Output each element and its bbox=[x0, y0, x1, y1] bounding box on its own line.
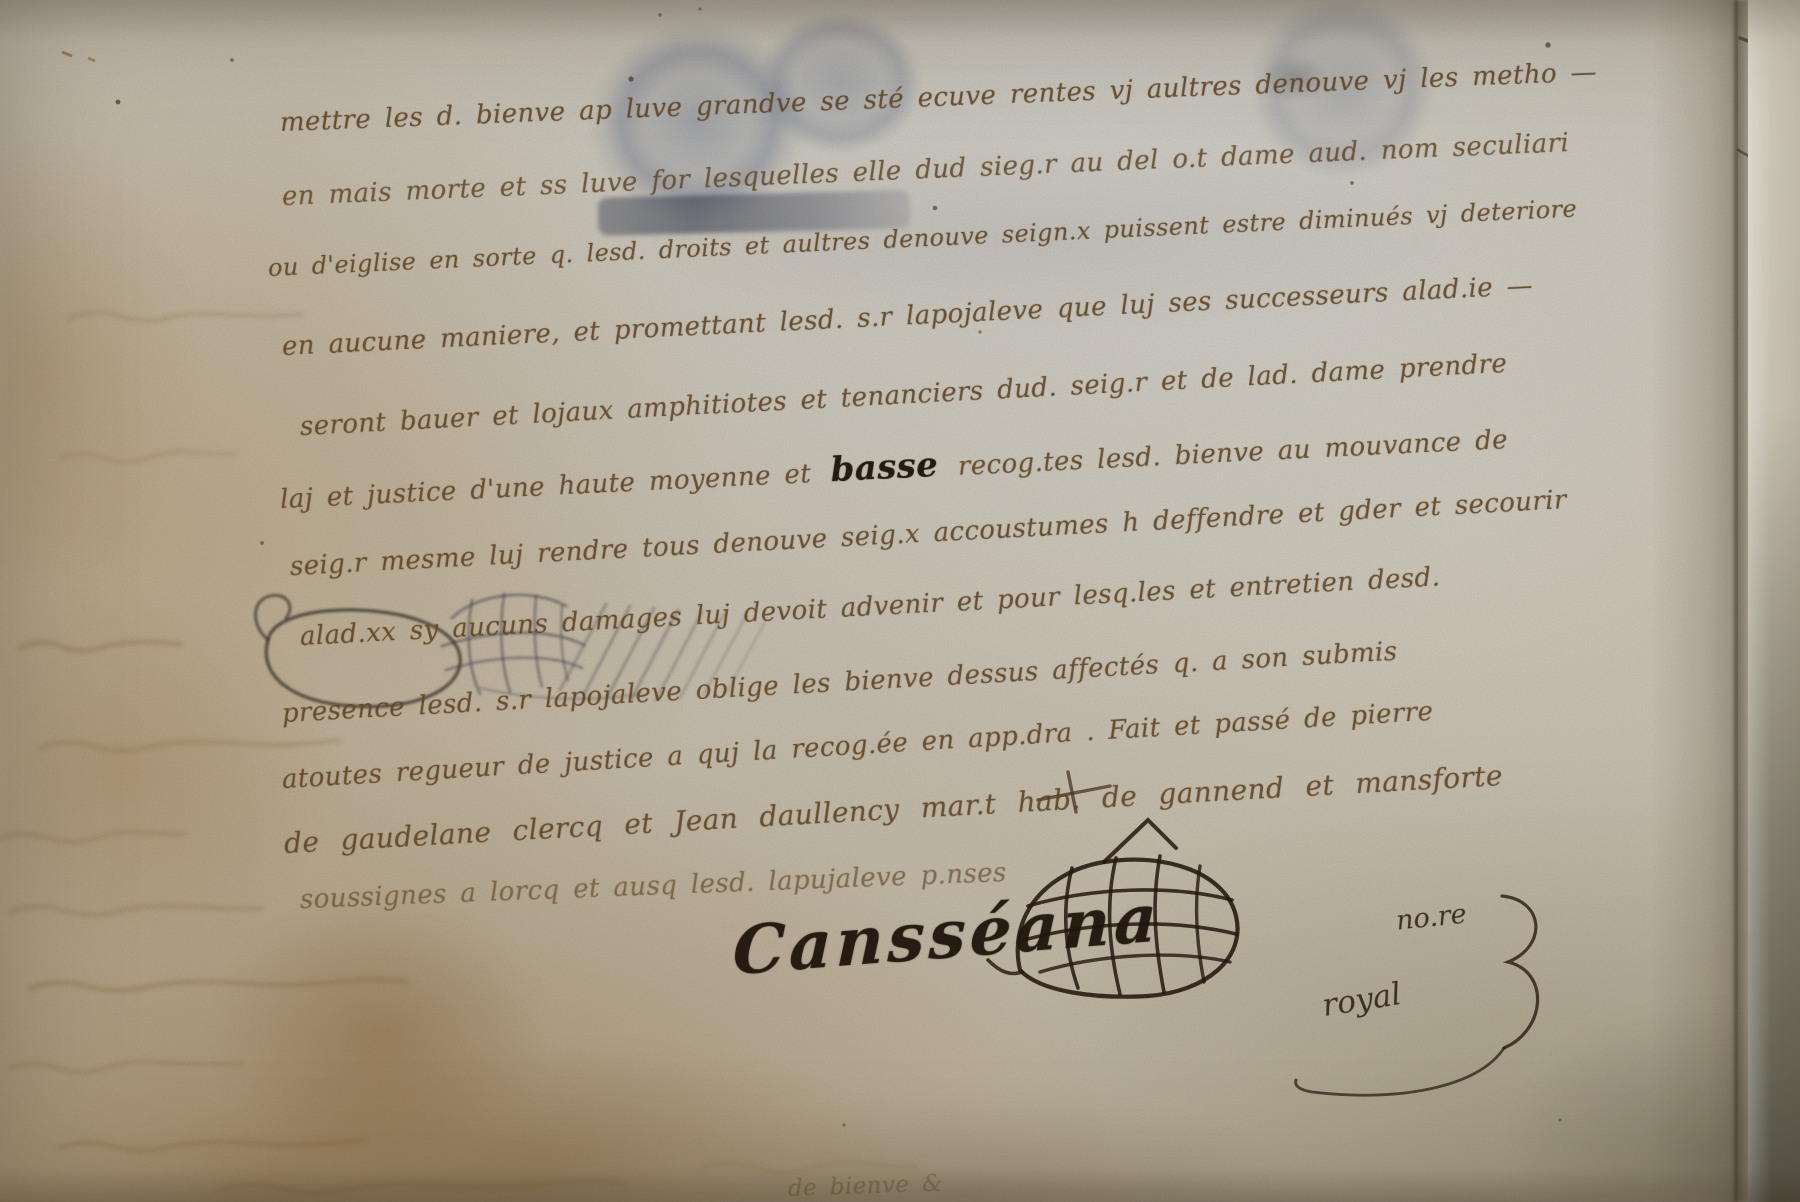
faded-round-ink-stamp-right bbox=[745, 0, 935, 165]
parchment-background bbox=[0, 0, 1800, 1202]
bottom-edge-shading bbox=[0, 1168, 1800, 1202]
handwriting-line-10: atoutes regueur de justice a quj la reco… bbox=[281, 697, 1434, 795]
ink-specks bbox=[62, 8, 1562, 1127]
ink-marks-overlay bbox=[0, 0, 1800, 1202]
handwriting-line-6: laj et justice d'une haute moyenne et ba… bbox=[279, 417, 1509, 517]
page-fold-shadow bbox=[1652, 0, 1738, 1202]
handwriting-line-5: seront bauer et lojaux amphitiotes et te… bbox=[299, 349, 1508, 442]
handwriting-line-12: soussignes a lorcq et ausq lesd. lapujal… bbox=[299, 858, 1007, 915]
handwriting-line-2: en mais morte et ss luve for lesquelles … bbox=[281, 128, 1569, 212]
line-6-pre: laj et justice d'une haute moyenne et bbox=[279, 459, 811, 515]
stamp-ink-speckle bbox=[1255, 48, 1335, 108]
handwriting-line-3: ou d'eiglise en sorte q. lesd. droits et… bbox=[267, 195, 1577, 282]
manuscript-photo: mettre les d. bienve ap luve grandve se … bbox=[0, 0, 1800, 1202]
cross-mark bbox=[1038, 772, 1110, 812]
page-fold-crease bbox=[1734, 0, 1750, 1202]
grey-hatch-marks bbox=[560, 604, 766, 700]
margin-circle-annotation bbox=[255, 595, 460, 706]
notary-title-abbrev: no.re bbox=[1395, 898, 1468, 936]
handwriting-line-1: mettre les d. bienve ap luve grandve se … bbox=[279, 57, 1597, 138]
handwriting-line-11: de gaudelane clercq et Jean daullency ma… bbox=[283, 759, 1504, 860]
signature-name: Cansséana bbox=[732, 878, 1162, 990]
handwriting-line-8: alad.xx sy aucuns damages luj devoit adv… bbox=[299, 562, 1441, 652]
handwriting-line-7: seig.r mesme luj rendre tous denouve sei… bbox=[289, 485, 1567, 582]
bottom-edge-text-fragment: de bienve & bbox=[788, 1171, 944, 1202]
line-6-post: recog.tes lesd. bienve au mouvance de bbox=[957, 425, 1508, 482]
notary-title-royal: royal bbox=[1320, 976, 1404, 1024]
photo-vignette bbox=[0, 0, 1800, 1202]
ink-smudge-bar bbox=[598, 190, 911, 236]
page-fold-edge bbox=[1748, 0, 1800, 1202]
ghost-text-strokes bbox=[0, 312, 916, 1192]
notary-flourish bbox=[1296, 896, 1538, 1095]
top-edge-shading bbox=[0, 0, 1800, 42]
handwriting-line-9: presence lesd. s.r lapojaleve oblige les… bbox=[281, 637, 1398, 729]
faded-round-ink-stamp-left bbox=[575, 8, 820, 238]
fold-stitch-marks bbox=[1738, 38, 1756, 158]
handwriting-line-4: en aucune maniere, et promettant lesd. s… bbox=[281, 271, 1533, 362]
age-stains bbox=[0, 0, 1800, 1202]
signature-paraph-lattice bbox=[988, 820, 1238, 997]
line-6-bold-insertion: basse bbox=[824, 445, 946, 491]
faded-round-ink-stamp-top-right bbox=[1235, 0, 1450, 195]
grey-lattice-paraph bbox=[442, 594, 640, 699]
film-grain-overlay bbox=[0, 0, 1800, 1202]
